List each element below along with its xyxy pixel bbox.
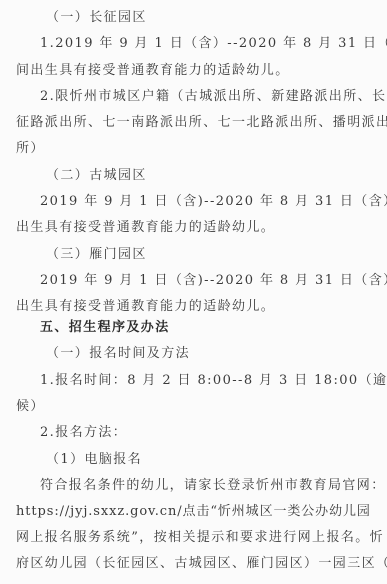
paragraph-line: 1.2019 年 9 月 1 日（含）--2020 年 8 月 31 日（含）期 (40, 36, 387, 52)
subsection-heading-yanmen: （三）雁门园区 (46, 247, 387, 263)
paragraph-line: 征路派出所、七一南路派出所、七一北路派出所、播明派出 (16, 115, 371, 131)
subsection-heading-changzheng: （一）长征园区 (46, 10, 387, 26)
paragraph-line: 1.报名时间：8 月 2 日 8:00--8 月 3 日 18:00（逾期不 (40, 373, 387, 389)
section-heading: 五、招生程序及办法 (40, 320, 387, 336)
subsection-heading-gucheng: （二）古城园区 (46, 168, 387, 184)
paragraph-line: 2.限忻州市城区户籍（古城派出所、新建路派出所、长 (40, 89, 387, 105)
subsection-heading-registration: （一）报名时间及方法 (46, 346, 387, 362)
paragraph-line: 候） (16, 399, 371, 415)
paragraph-line: 2019 年 9 月 1 日（含)--2020 年 8 月 31 日（含）期间 (40, 194, 387, 210)
paragraph-line: 出生具有接受普通教育能力的适龄幼儿。 (16, 220, 371, 236)
paragraph-line-url: https://jyj.sxxz.gov.cn/点击“忻州城区一类公办幼儿园 (16, 504, 371, 520)
paragraph-line: （1）电脑报名 (46, 452, 387, 468)
paragraph-line: 网上报名服务系统”，按相关提示和要求进行网上报名。忻 (16, 530, 371, 546)
paragraph-line: 府区幼儿园（长征园区、古城园区、雁门园区）一园三区（每 (16, 556, 371, 572)
paragraph-line: 出生具有接受普通教育能力的适龄幼儿。 (16, 299, 371, 315)
paragraph-line: 2.报名方法： (40, 425, 387, 441)
paragraph-line: 所） (16, 141, 371, 157)
paragraph-line: 2019 年 9 月 1 日（含)--2020 年 8 月 31 日（含）期间 (40, 273, 387, 289)
paragraph-line: 符合报名条件的幼儿，请家长登录忻州市教育局官网： (40, 478, 387, 494)
paragraph-line: 间出生具有接受普通教育能力的适龄幼儿。 (16, 63, 371, 79)
document-page: （一）长征园区 1.2019 年 9 月 1 日（含）--2020 年 8 月 … (0, 0, 387, 584)
